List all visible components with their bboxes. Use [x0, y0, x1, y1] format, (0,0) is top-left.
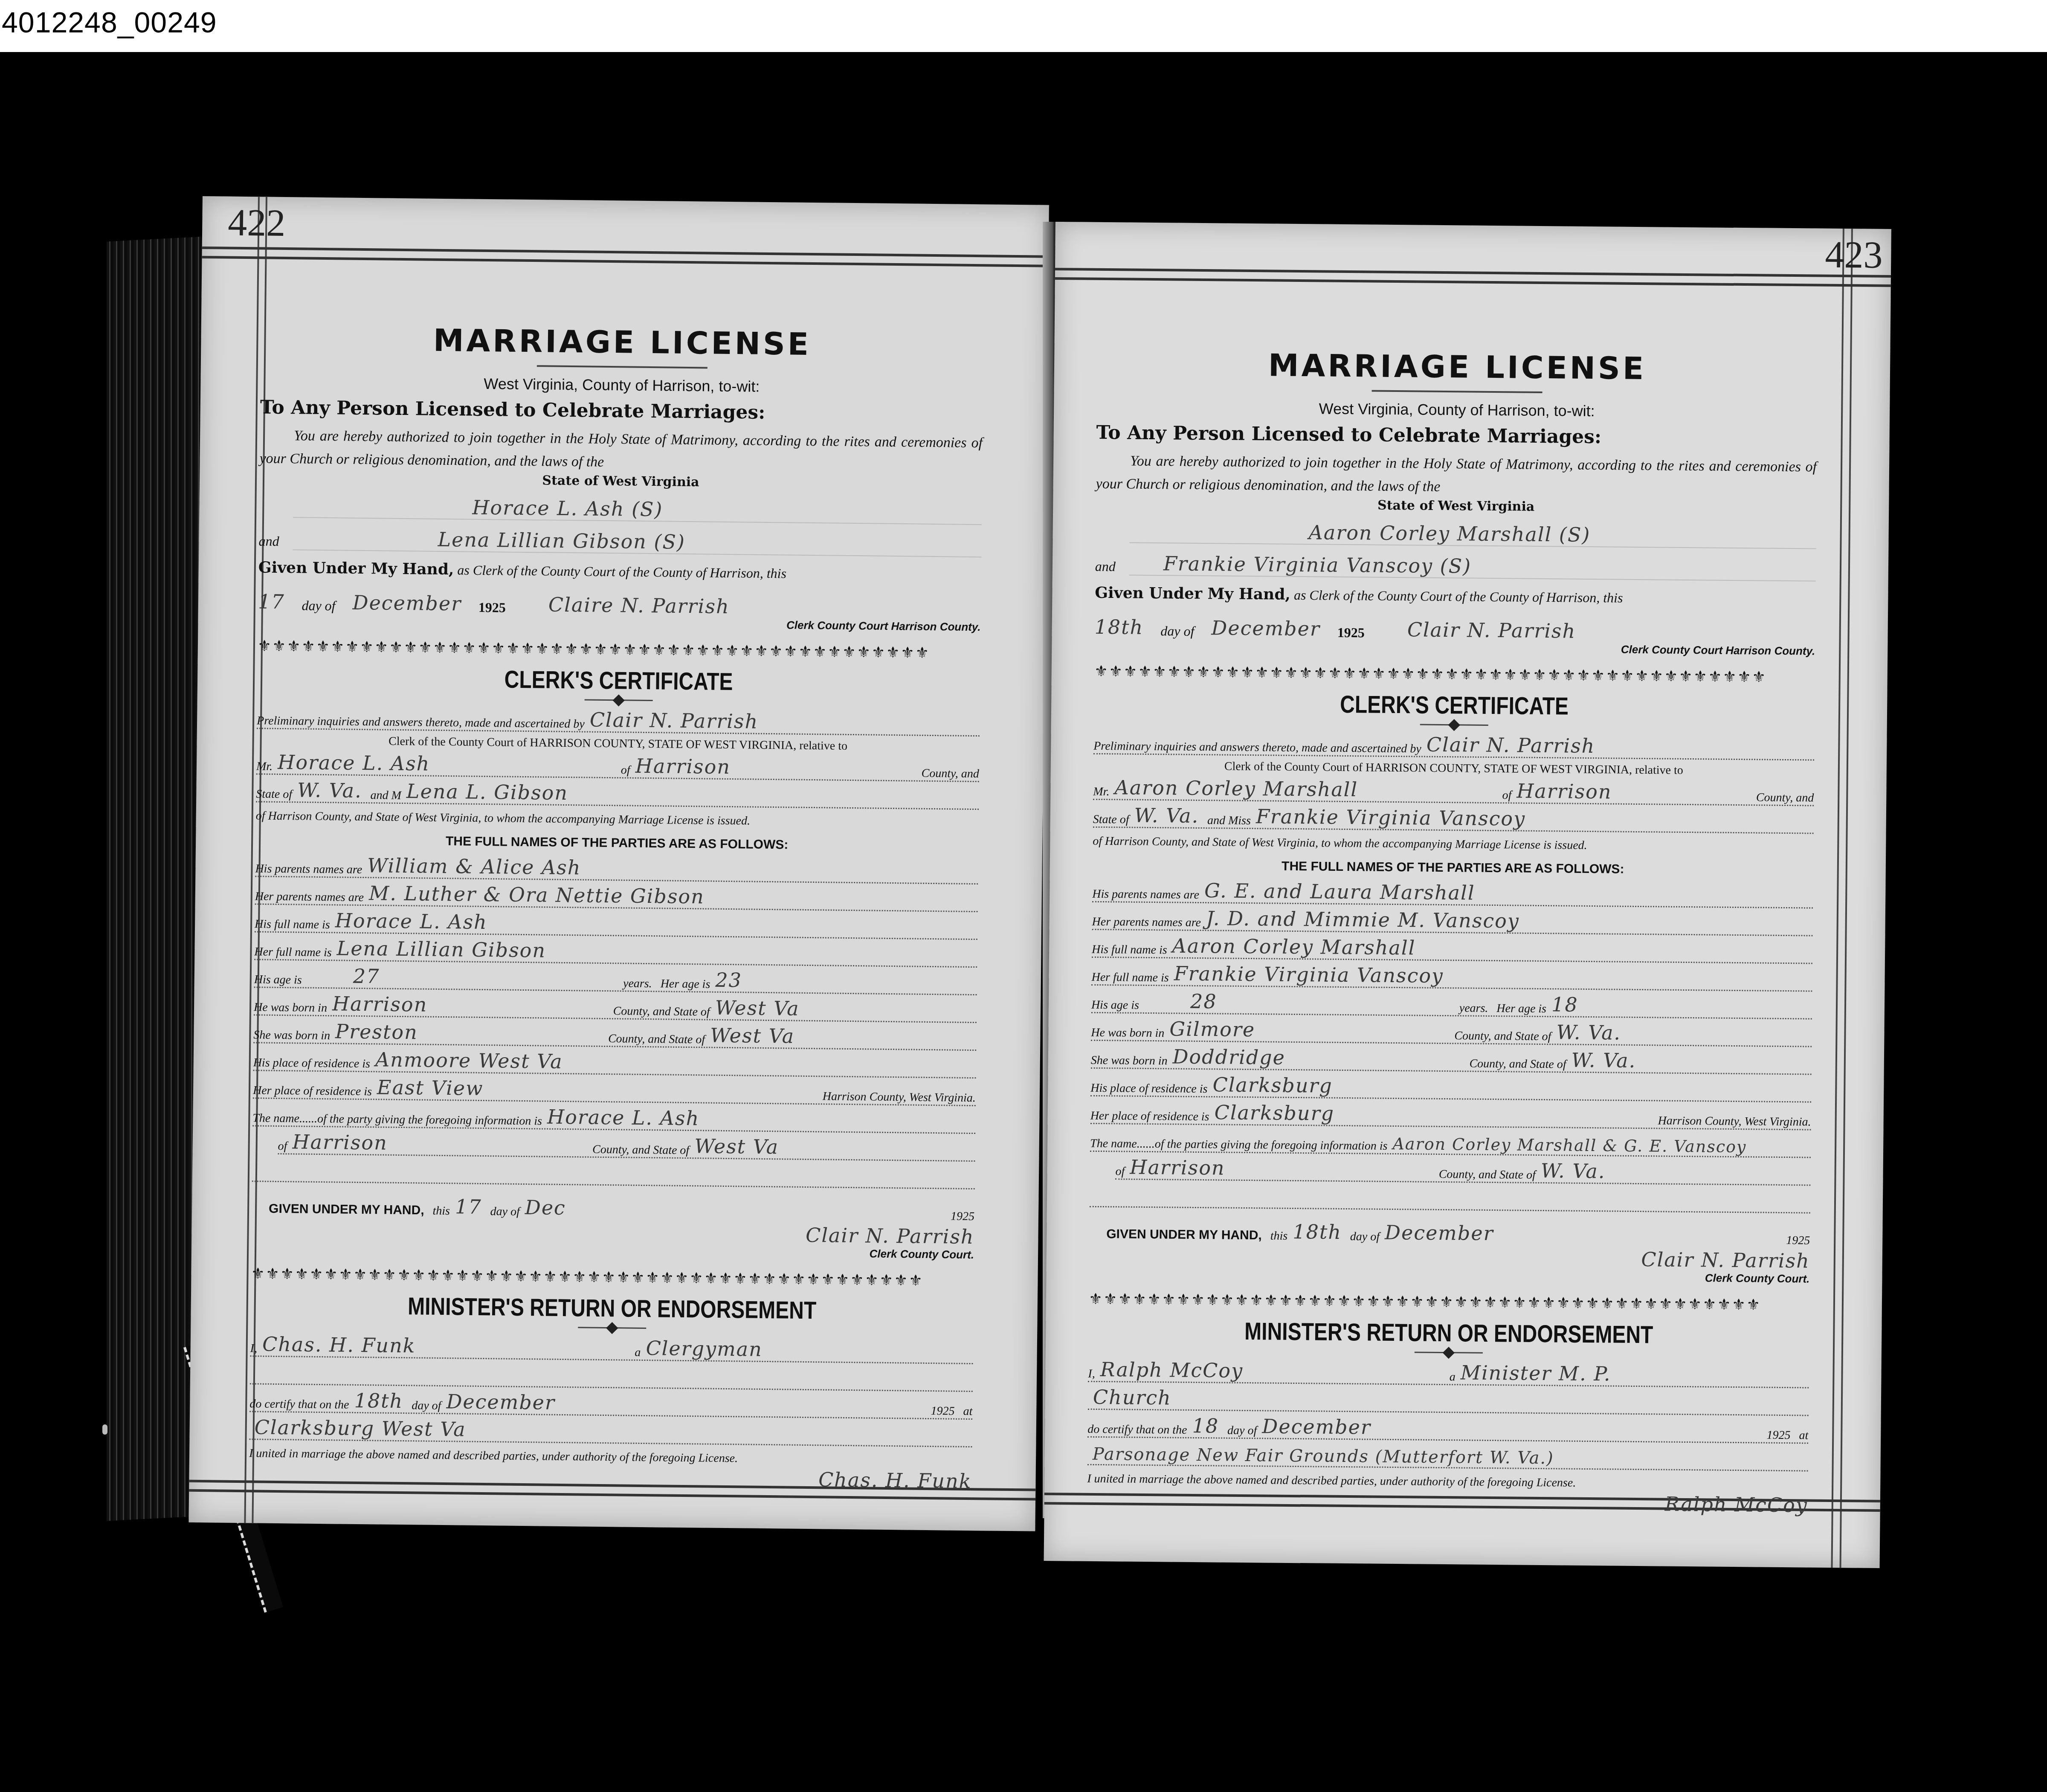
informant: Horace L. Ash: [547, 1105, 700, 1130]
harrison-wv: Harrison County, West Virginia.: [823, 1090, 976, 1105]
field-label: He was born in: [1091, 1026, 1164, 1040]
i-label: I,: [250, 1342, 258, 1355]
license-year: 1925: [478, 600, 506, 616]
ascertained-by: Clair N. Parrish: [590, 708, 759, 733]
county-and-label: County, and: [921, 767, 979, 781]
right-page: 423 MARRIAGE LICENSE West Virginia, Coun…: [1044, 222, 1891, 1568]
informant-state: W. Va.: [1541, 1159, 1606, 1183]
cert-year: 1925: [1786, 1234, 1810, 1247]
field-label: His age is: [1091, 998, 1139, 1012]
marriage-place: Parsonage New Fair Grounds (Mutterfort W…: [1093, 1444, 1554, 1468]
addressee: To Any Person Licensed to Celebrate Marr…: [1096, 422, 1817, 450]
her-age: 23: [715, 968, 742, 992]
state-line-cert: State of W. Va. and Miss Frankie Virgini…: [1093, 800, 1814, 834]
field-label: His parents names are: [1092, 887, 1199, 902]
authorization-text: You are hereby authorized to join togeth…: [1096, 449, 1817, 502]
header-rule: [1055, 277, 1891, 287]
given-label: Given Under My Hand,: [1095, 584, 1290, 603]
clerk-certificate-title: CLERK'S CERTIFICATE: [257, 663, 980, 699]
issued-line: of Harrison County, and State of West Vi…: [256, 809, 979, 830]
state-of-label: State of: [256, 787, 292, 801]
mr-county: Harrison: [635, 754, 731, 778]
he-born-state: W. Va.: [1556, 1021, 1621, 1044]
field-label: Her place of residence is: [1090, 1109, 1209, 1124]
informant-state: West Va: [694, 1134, 779, 1158]
of-label: of: [1502, 789, 1511, 802]
bride-line: and Frankie Virginia Vanscoy (S): [1129, 543, 1816, 582]
marriage-month: December: [1262, 1415, 1371, 1438]
license-month: December: [1211, 616, 1320, 640]
mr-name: Horace L. Ash: [278, 751, 430, 775]
title-rule: [536, 365, 707, 368]
day-of-label: day of: [302, 597, 335, 614]
cert-day: 17: [455, 1195, 482, 1218]
years-label: years.: [623, 977, 652, 991]
his-full-name: Horace L. Ash: [335, 909, 488, 934]
mr-county: Harrison: [1516, 779, 1612, 803]
at-label: at: [963, 1405, 972, 1418]
license-title: MARRIAGE LICENSE: [261, 320, 984, 364]
her-residence: East View: [377, 1076, 484, 1100]
cert-day: 18th: [1293, 1220, 1342, 1244]
preliminary-line: Preliminary inquiries and answers theret…: [257, 701, 980, 737]
given-text: as Clerk of the County Court of the Coun…: [457, 562, 786, 581]
her-parents: J. D. and Mimmie M. Vanscoy: [1206, 907, 1519, 932]
and-m-label: and M: [370, 789, 401, 803]
his-residence: Clarksburg: [1212, 1073, 1333, 1097]
informant-county: Harrison: [292, 1130, 388, 1154]
minister-signature-line: Ralph McCoy: [1087, 1488, 1808, 1517]
cert-signature: Clair N. Parrish: [1641, 1248, 1810, 1272]
addressee: To Any Person Licensed to Celebrate Marr…: [260, 396, 983, 426]
cert-year: 1925: [951, 1210, 974, 1224]
and-m-label: and Miss: [1207, 814, 1251, 828]
field-label: The name......of the party giving the fo…: [252, 1111, 542, 1128]
preliminary-label: Preliminary inquiries and answers theret…: [257, 714, 585, 731]
he-born-state: West Va: [715, 996, 800, 1020]
field-label: County, and State of: [613, 1004, 710, 1019]
cert-signature: Clair N. Parrish: [806, 1224, 974, 1248]
place-row: Parsonage New Fair Grounds (Mutterfort W…: [1087, 1438, 1809, 1472]
he-born-county: Harrison: [332, 992, 428, 1016]
field-label: She was born in: [253, 1028, 330, 1043]
jurisdiction: West Virginia, County of Harrison, to-wi…: [260, 372, 983, 398]
ascertained-by: Clair N. Parrish: [1427, 733, 1595, 757]
day-of-label: day of: [1227, 1424, 1257, 1438]
his-age: 28: [1190, 990, 1217, 1013]
license-year: 1925: [1337, 625, 1365, 641]
minister-title: Clergyman: [646, 1337, 763, 1361]
this-label: this: [1270, 1229, 1288, 1243]
ministers-return-title: MINISTER'S RETURN OR ENDORSEMENT: [1088, 1316, 1809, 1351]
groom-name: Aaron Corley Marshall (S): [1308, 521, 1590, 546]
cert-given-row: GIVEN UNDER MY HAND, this 18th day of De…: [1106, 1215, 1810, 1247]
a-label: a: [635, 1346, 641, 1360]
field-label: He was born in: [254, 1000, 327, 1015]
certify-label: do certify that on the: [1087, 1423, 1187, 1437]
informant: Aaron Corley Marshall & G. E. Vanscoy: [1392, 1134, 1746, 1156]
marriage-month: December: [446, 1390, 555, 1414]
a-label: a: [1450, 1370, 1456, 1384]
minister-title: Minister M. P.: [1461, 1361, 1611, 1385]
ornament: [1415, 1351, 1483, 1353]
his-residence: Anmoore West Va: [375, 1048, 563, 1073]
ornament: [1420, 724, 1488, 726]
marriage-year: 1925: [1766, 1429, 1790, 1442]
his-full-name: Aaron Corley Marshall: [1172, 934, 1416, 959]
mr-state: W. Va.: [1134, 804, 1199, 827]
given-label: GIVEN UNDER MY HAND,: [1106, 1227, 1262, 1243]
marriage-license-form: MARRIAGE LICENSE West Virginia, County o…: [1087, 333, 1818, 1517]
marriage-place: Clarksburg West Va: [254, 1415, 466, 1441]
authorization-text: You are hereby authorized to join togeth…: [259, 424, 983, 478]
issued-line: of Harrison County, and State of West Vi…: [1093, 835, 1813, 855]
field-label: Her place of residence is: [253, 1084, 372, 1099]
bride-name: Lena Lillian Gibson (S): [438, 528, 685, 554]
his-parents: G. E. and Laura Marshall: [1204, 879, 1475, 905]
given-label: Given Under My Hand,: [258, 558, 454, 578]
bride-name-cert: Frankie Virginia Vanscoy: [1256, 805, 1526, 830]
marriage-year: 1925: [931, 1404, 954, 1418]
preliminary-line: Preliminary inquiries and answers theret…: [1093, 727, 1815, 761]
day-of-label: day of: [490, 1205, 520, 1219]
minister-name: Ralph McCoy: [1100, 1358, 1244, 1382]
field-label: County, and State of: [592, 1143, 689, 1157]
and-label: and: [258, 533, 293, 549]
page-number: 423: [1825, 233, 1883, 277]
field-label: Her age is: [661, 977, 710, 991]
title-rule: [1372, 390, 1542, 393]
day-of-label: day of: [1350, 1230, 1380, 1244]
marriage-license-form: MARRIAGE LICENSE West Virginia, County o…: [249, 307, 984, 1493]
her-parents: M. Luther & Ora Nettie Gibson: [369, 882, 705, 908]
groom-name: Horace L. Ash (S): [472, 496, 663, 521]
ornament: [578, 1327, 646, 1329]
groom-line: Aaron Corley Marshall (S): [1129, 511, 1816, 549]
license-title: MARRIAGE LICENSE: [1097, 346, 1818, 388]
day-of-label: day of: [1160, 623, 1194, 639]
field-label: His full name is: [255, 917, 330, 932]
informant-county: Harrison: [1130, 1156, 1225, 1180]
ministers-return-title: MINISTER'S RETURN OR ENDORSEMENT: [250, 1291, 974, 1327]
this-label: this: [432, 1204, 450, 1218]
cert-month: December: [1385, 1221, 1494, 1245]
image-id-bar: 4012248_00249: [0, 0, 2047, 52]
fleur-divider: ⚜⚜⚜⚜⚜⚜⚜⚜⚜⚜⚜⚜⚜⚜⚜⚜⚜⚜⚜⚜⚜⚜⚜⚜⚜⚜⚜⚜⚜⚜⚜⚜⚜⚜⚜⚜⚜⚜⚜⚜…: [258, 637, 980, 662]
she-born-state: W. Va.: [1571, 1049, 1636, 1072]
header-rule: [202, 246, 1049, 258]
field-label: County, and State of: [1439, 1168, 1536, 1182]
field-label: She was born in: [1091, 1054, 1168, 1068]
mr-label: Mr.: [256, 760, 273, 773]
license-month: December: [352, 591, 461, 615]
bride-name-cert: Lena L. Gibson: [406, 780, 568, 804]
field-label: His age is: [254, 973, 302, 987]
jurisdiction: West Virginia, County of Harrison, to-wi…: [1096, 398, 1817, 422]
image-id: 4012248_00249: [2, 6, 217, 39]
page-number: 422: [228, 201, 286, 245]
field-label: of: [278, 1140, 287, 1153]
license-day: 17: [258, 590, 285, 613]
given-label: GIVEN UNDER MY HAND,: [269, 1202, 424, 1218]
state-of-label: State of: [1093, 813, 1129, 827]
field-label: His place of residence is: [1090, 1082, 1208, 1096]
field-label: Her parents names are: [1092, 915, 1201, 930]
mr-label: Mr.: [1093, 785, 1109, 799]
field-label: His parents names are: [255, 862, 362, 877]
mr-name: Aaron Corley Marshall: [1114, 776, 1358, 801]
minister-name: Chas. H. Funk: [262, 1333, 416, 1357]
field-label: County, and State of: [1469, 1057, 1566, 1072]
minister-signature: Ralph McCoy: [1664, 1493, 1808, 1517]
clerk-signature: Clair N. Parrish: [1407, 618, 1576, 642]
minister-signature: Chas. H. Funk: [818, 1468, 972, 1493]
blank-row: [1090, 1180, 1811, 1214]
field-label: The name......of the parties giving the …: [1090, 1137, 1388, 1153]
field-label: Her age is: [1496, 1002, 1546, 1016]
bride-name: Frankie Virginia Vanscoy (S): [1163, 552, 1472, 577]
her-full-name: Lena Lillian Gibson: [336, 937, 546, 962]
at-label: at: [1799, 1429, 1808, 1442]
she-born-county: Preston: [335, 1020, 418, 1044]
she-born-county: Doddridge: [1172, 1045, 1285, 1069]
field-label: County, and State of: [608, 1032, 705, 1047]
header-rule: [1055, 268, 1891, 278]
field-label: Her full name is: [254, 945, 332, 960]
license-date-line: 18th day of December 1925 Clair N. Parri…: [1094, 604, 1815, 645]
clerk-certificate-title: CLERK'S CERTIFICATE: [1094, 688, 1815, 723]
mr-state: W. Va.: [297, 778, 362, 802]
field-label: His full name is: [1092, 943, 1167, 957]
her-full-name: Frankie Virginia Vanscoy: [1174, 962, 1444, 987]
certify-label: do certify that on the: [249, 1397, 349, 1412]
field-label: Her full name is: [1091, 971, 1168, 985]
he-born-county: Gilmore: [1169, 1017, 1255, 1041]
clerk-signature: Claire N. Parrish: [548, 593, 730, 618]
given-under-hand: Given Under My Hand, as Clerk of the Cou…: [1095, 584, 1815, 608]
field-label: His place of residence is: [253, 1056, 371, 1071]
his-age: 27: [353, 965, 380, 988]
bride-line: and Lena Lillian Gibson (S): [293, 518, 982, 557]
fleur-divider: ⚜⚜⚜⚜⚜⚜⚜⚜⚜⚜⚜⚜⚜⚜⚜⚜⚜⚜⚜⚜⚜⚜⚜⚜⚜⚜⚜⚜⚜⚜⚜⚜⚜⚜⚜⚜⚜⚜⚜⚜…: [1094, 663, 1815, 686]
years-label: years.: [1459, 1001, 1488, 1015]
field-label: County, and State of: [1454, 1029, 1551, 1044]
her-age: 18: [1551, 993, 1578, 1016]
field-label: Her parents names are: [255, 890, 364, 905]
left-page: 422 MARRIAGE LICENSE West Virginia, Coun…: [188, 196, 1049, 1531]
and-label: and: [1095, 559, 1129, 575]
day-of-label: day of: [412, 1399, 441, 1413]
specular-glint: [102, 1424, 107, 1435]
she-born-state: West Va: [710, 1024, 794, 1048]
marriage-day: 18: [1192, 1414, 1219, 1438]
fleur-divider: ⚜⚜⚜⚜⚜⚜⚜⚜⚜⚜⚜⚜⚜⚜⚜⚜⚜⚜⚜⚜⚜⚜⚜⚜⚜⚜⚜⚜⚜⚜⚜⚜⚜⚜⚜⚜⚜⚜⚜⚜…: [251, 1265, 974, 1290]
license-day: 18th: [1094, 615, 1143, 639]
harrison-wv: Harrison County, West Virginia.: [1658, 1114, 1811, 1129]
ornament: [584, 699, 652, 701]
minister-second-line: Church: [1093, 1386, 1171, 1409]
county-and-label: County, and: [1756, 791, 1814, 805]
his-parents: William & Alice Ash: [367, 854, 581, 879]
of-label: of: [621, 763, 630, 777]
cert-month: Dec: [525, 1196, 566, 1219]
fleur-divider: ⚜⚜⚜⚜⚜⚜⚜⚜⚜⚜⚜⚜⚜⚜⚜⚜⚜⚜⚜⚜⚜⚜⚜⚜⚜⚜⚜⚜⚜⚜⚜⚜⚜⚜⚜⚜⚜⚜⚜⚜…: [1089, 1290, 1809, 1314]
field-label: of: [1115, 1165, 1125, 1178]
cert-given-row: GIVEN UNDER MY HAND, this 17 day of Dec …: [269, 1190, 975, 1224]
preliminary-label: Preliminary inquiries and answers theret…: [1093, 739, 1421, 756]
header-rule: [202, 256, 1048, 267]
given-text: as Clerk of the County Court of the Coun…: [1294, 587, 1623, 606]
her-residence: Clarksburg: [1214, 1101, 1334, 1125]
i-label: I,: [1088, 1367, 1095, 1381]
marriage-day: 18th: [354, 1389, 403, 1412]
